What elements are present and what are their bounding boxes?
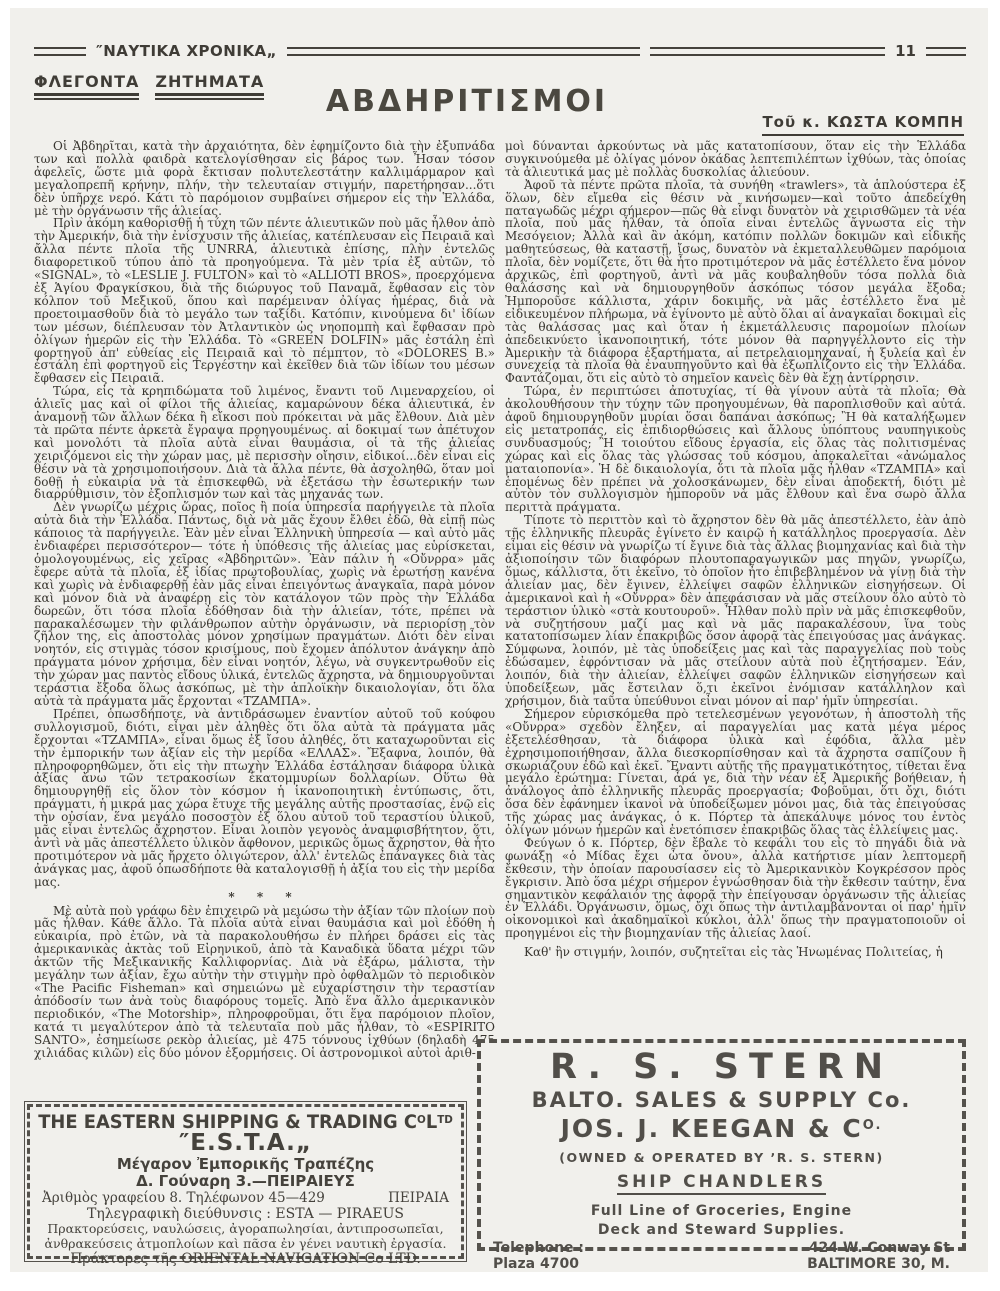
stern-full-line-1: Full Line of Groceries, Engine — [591, 1202, 852, 1221]
article-body: Οἱ Ἀβδηρῖται, κατὰ τὴν ἀρχαιότητα, δὲν ἐ… — [34, 140, 966, 1100]
asterisk-separator: * * * — [34, 889, 495, 905]
paragraph: μοὶ δύνανται ἀρκούντως νὰ μᾶς κατατοπίσο… — [505, 140, 966, 179]
esta-office-phone: Ἀριθμὸς γραφείου 8. Τηλέφωνον 45—429 — [42, 1190, 325, 1206]
esta-ad-frame: THE EASTERN SHIPPING & TRADING COLTD ″E.… — [27, 1104, 464, 1259]
stern-keegan-line: JOS. J. KEEGAN & CO. — [561, 1114, 883, 1143]
paragraph: Ἀφοῦ τὰ πέντε πρῶτα πλοῖα, τὰ συνήθη «tr… — [505, 179, 966, 386]
esta-address-line-1: Μέγαρον Ἐμπορικῆς Τραπέζης — [117, 1156, 374, 1173]
paragraph: Φεύγων ὁ κ. Πόρτερ, δὲν ἔβαλε τὸ κεφάλι … — [505, 837, 966, 940]
esta-office-line: Ἀριθμὸς γραφείου 8. Τηλέφωνον 45—429 ΠΕΙ… — [38, 1190, 453, 1206]
esta-telegraph-line: Τηλεγραφικὴ διεύθυνσις : ESTA — PIRAEUS — [87, 1206, 404, 1222]
paragraph: Μὲ αὐτὰ ποὺ γράφω δὲν ἐπιχειρῶ νὰ μειώσω… — [34, 905, 495, 1060]
esta-address: Μέγαρον Ἐμπορικῆς Τραπέζης Δ. Γούναρη 3.… — [117, 1156, 374, 1190]
esta-acronym: ″E.S.T.A.„ — [179, 1130, 312, 1156]
stern-full-line-2: Deck and Steward Supplies. — [591, 1221, 852, 1240]
stern-keegan-sup: O. — [863, 1118, 883, 1133]
stern-keegan-pre: JOS. J. KEEGAN & C — [561, 1114, 863, 1143]
masthead-rule-right — [926, 47, 966, 56]
stern-chandlers-line: SHIP CHANDLERS — [617, 1172, 826, 1195]
esta-address-line-2: Δ. Γούναρη 3.—ΠΕΙΡΑΙΕΥΣ — [117, 1173, 374, 1190]
magazine-title: ″ΝΑΥΤΙΚΑ ΧΡΟΝΙΚΑ„ — [96, 42, 277, 60]
stern-address-line-1: 424 W. Conway St — [807, 1240, 950, 1256]
stern-company-name: R. S. STERN — [550, 1047, 893, 1087]
stern-full-line: Full Line of Groceries, Engine Deck and … — [591, 1202, 852, 1240]
byline: Τοῦ κ. ΚΩΣΤΑ ΚΟΜΠΗ — [762, 113, 964, 136]
paragraph: Οἱ Ἀβδηρῖται, κατὰ τὴν ἀρχαιότητα, δὲν ἐ… — [34, 140, 495, 217]
page-number: 11 — [895, 42, 916, 60]
stern-telephone: Telephone : Plaza 4700 — [493, 1240, 584, 1272]
paragraph: Σήμερον εὑρισκόμεθα πρὸ τετελεσμένων γεγ… — [505, 708, 966, 837]
masthead-rule-left — [34, 47, 86, 56]
esta-company-name: THE EASTERN SHIPPING & TRADING COLTD — [38, 1111, 453, 1133]
esta-services-line: Πρακτορεύσεις, ναυλώσεις, ἀγοραπωλησίαι,… — [38, 1222, 453, 1251]
scanned-magazine-page: { "colors": { "paper": "#f1f0ec", "outer… — [0, 0, 1000, 1291]
esta-company-l: L — [426, 1111, 437, 1133]
masthead: ″ΝΑΥΤΙΚΑ ΧΡΟΝΙΚΑ„ 11 — [34, 42, 966, 60]
stern-telephone-label: Telephone : — [493, 1240, 584, 1256]
masthead-rule-mid-1 — [287, 47, 640, 56]
stern-balto-line: BALTO. SALES & SUPPLY Co. — [532, 1088, 912, 1112]
esta-office-city: ΠΕΙΡΑΙΑ — [388, 1190, 449, 1206]
esta-company-sup-td: TD — [437, 1113, 453, 1126]
stern-advertisement: R. S. STERN BALTO. SALES & SUPPLY Co. JO… — [477, 1039, 966, 1251]
paragraph: Πρὶν ἀκόμη καθορισθῇ ἡ τύχη τῶν πέντε ἁλ… — [34, 217, 495, 385]
paragraph: Καθ' ἣν στιγμήν, λοιπόν, συζητεῖται εἰς … — [505, 946, 966, 959]
stern-telephone-number: Plaza 4700 — [493, 1256, 584, 1272]
paragraph: Τίποτε τὸ περιττὸν καὶ τὸ ἄχρηστον δὲν θ… — [505, 514, 966, 708]
stern-owned-line: (OWNED & OPERATED BY ʼR. S. STERN) — [559, 1150, 883, 1165]
masthead-rule-mid-2 — [650, 47, 885, 56]
stern-contact-row: Telephone : Plaza 4700 424 W. Conway St … — [493, 1240, 950, 1272]
esta-company-pre: THE EASTERN SHIPPING & TRADING C — [38, 1111, 417, 1133]
stern-address-line-2: BALTIMORE 30, M. — [807, 1256, 950, 1272]
paragraph: Δὲν γνωρίζω μέχρις ὥρας, ποῖος ἢ ποία ὑπ… — [34, 501, 495, 708]
esta-company-sup-o: O — [417, 1113, 426, 1126]
left-column: Οἱ Ἀβδηρῖται, κατὰ τὴν ἀρχαιότητα, δὲν ἐ… — [34, 140, 495, 1100]
paragraph: Τώρα, εἰς τὰ κρηπιδώματα τοῦ λιμένος, ἔν… — [34, 385, 495, 501]
esta-advertisement: THE EASTERN SHIPPING & TRADING COLTD ″E.… — [24, 1101, 467, 1262]
paragraph: Πρέπει, ὁπωσδήποτε, νὰ ἀντιδράσωμεν ἐναν… — [34, 708, 495, 889]
right-column: μοὶ δύνανται ἀρκούντως νὰ μᾶς κατατοπίσο… — [505, 140, 966, 1038]
paragraph: Τώρα, ἐν περιπτώσει ἀποτυχίας, τί θὰ γίν… — [505, 385, 966, 514]
esta-agents-line: Πράκτορες τῆς ORIENTAL NAVIGATION Co LTD… — [70, 1251, 421, 1267]
stern-address: 424 W. Conway St BALTIMORE 30, M. — [807, 1240, 950, 1272]
